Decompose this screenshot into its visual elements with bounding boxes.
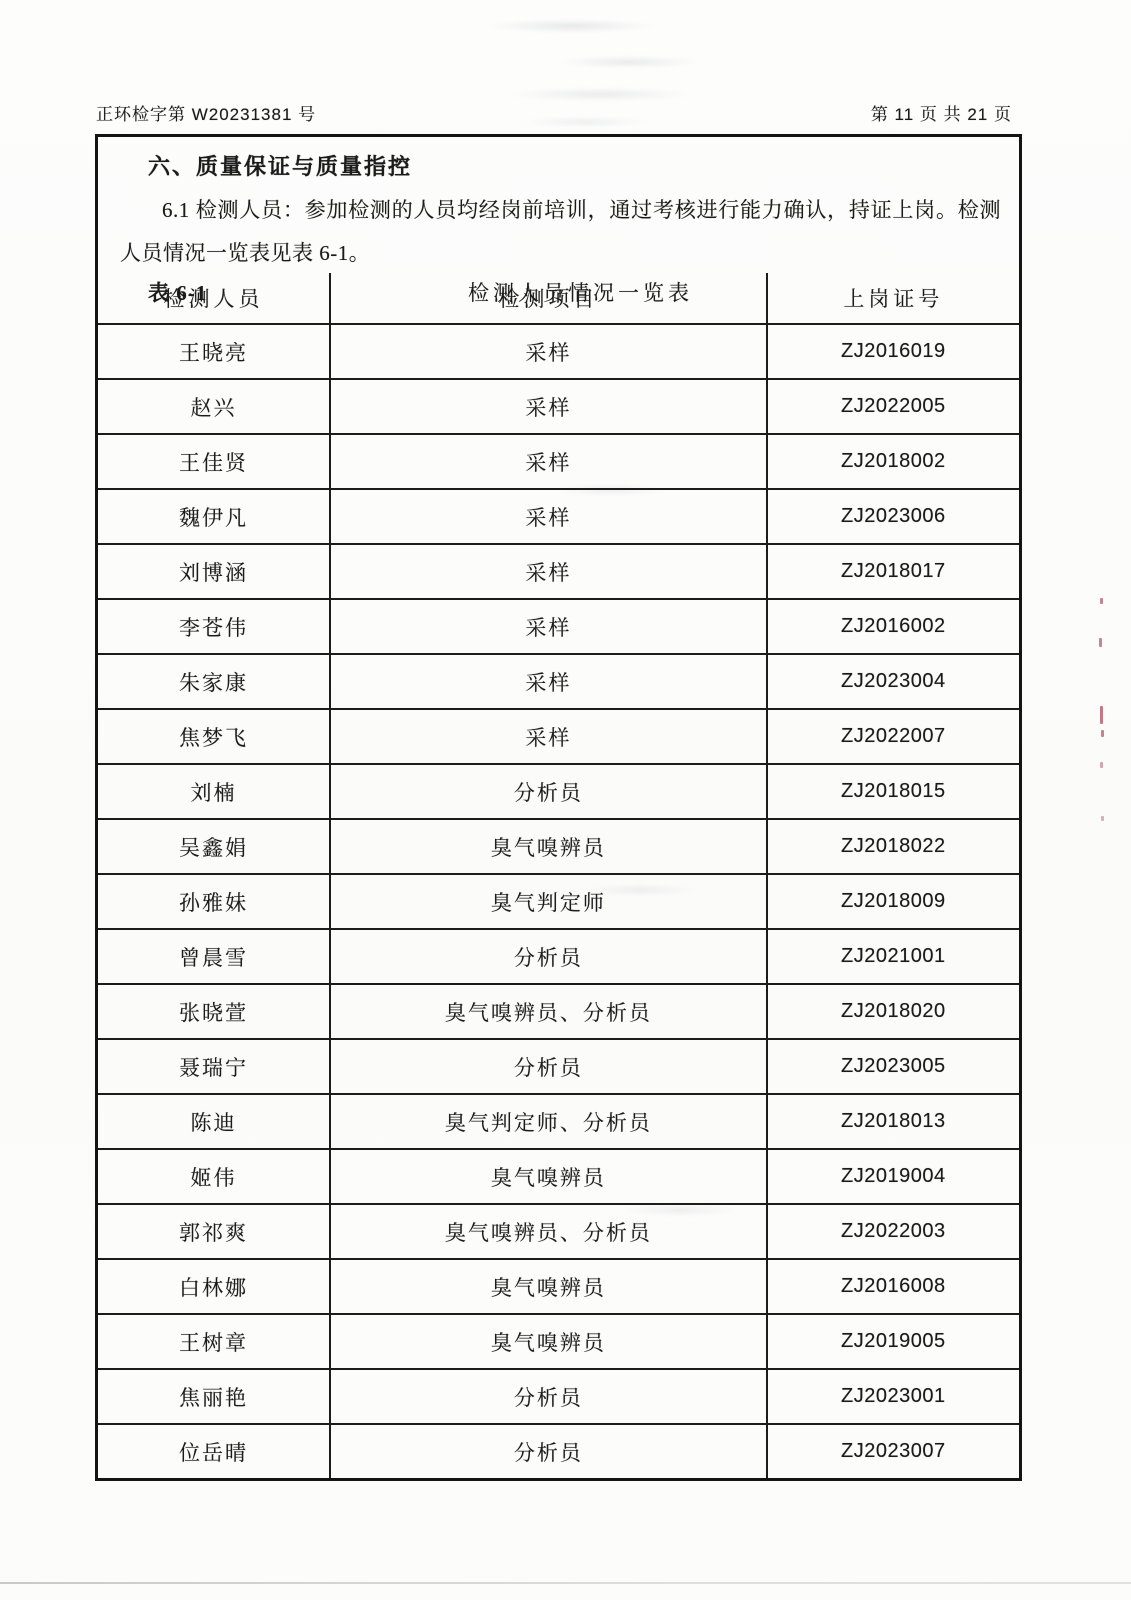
report-number: 正环检字第 W20231381 号	[96, 100, 316, 125]
person-project: 采样	[330, 599, 767, 654]
person-project: 臭气嗅辨员、分析员	[330, 1204, 767, 1259]
table-row: 王佳贤 采样 ZJ2018002	[98, 434, 1019, 489]
table-row: 魏伊凡 采样 ZJ2023006	[98, 489, 1019, 544]
person-name: 刘博涵	[98, 544, 330, 599]
section-paragraph: 6.1 检测人员：参加检测的人员均经岗前培训，通过考核进行能力确认，持证上岗。检…	[120, 189, 1001, 275]
table-row: 李苍伟 采样 ZJ2016002	[98, 599, 1019, 654]
person-cert: ZJ2018009	[767, 874, 1019, 929]
person-cert: ZJ2023006	[767, 489, 1019, 544]
page-header: 正环检字第 W20231381 号 第 11 页 共 21 页	[96, 100, 1012, 125]
person-project: 采样	[330, 544, 767, 599]
person-cert: ZJ2018015	[767, 764, 1019, 819]
person-project: 分析员	[330, 764, 767, 819]
person-project: 采样	[330, 379, 767, 434]
person-name: 王树章	[98, 1314, 330, 1369]
person-name: 郭祁爽	[98, 1204, 330, 1259]
person-name: 聂瑞宁	[98, 1039, 330, 1094]
person-cert: ZJ2018013	[767, 1094, 1019, 1149]
table-row: 吴鑫娟 臭气嗅辨员 ZJ2018022	[98, 819, 1019, 874]
red-bleed-mark	[1099, 638, 1102, 647]
person-cert: ZJ2016008	[767, 1259, 1019, 1314]
table-row: 赵兴 采样 ZJ2022005	[98, 379, 1019, 434]
person-project: 臭气嗅辨员	[330, 1314, 767, 1369]
person-project: 臭气嗅辨员	[330, 1149, 767, 1204]
table-row: 陈迪 臭气判定师、分析员 ZJ2018013	[98, 1094, 1019, 1149]
table-row: 姬伟 臭气嗅辨员 ZJ2019004	[98, 1149, 1019, 1204]
person-cert: ZJ2018022	[767, 819, 1019, 874]
table-row: 曾晨雪 分析员 ZJ2021001	[98, 929, 1019, 984]
scanned-report-page: { "header": { "left": "正环检字第 W20231381 号…	[0, 0, 1131, 1600]
section-title: 六、质量保证与质量指控	[148, 150, 412, 181]
table-row: 焦梦飞 采样 ZJ2022007	[98, 709, 1019, 764]
person-name: 赵兴	[98, 379, 330, 434]
person-name: 位岳晴	[98, 1424, 330, 1478]
person-cert: ZJ2016019	[767, 324, 1019, 379]
person-name: 魏伊凡	[98, 489, 330, 544]
red-bleed-mark	[1100, 598, 1103, 604]
person-name: 焦梦飞	[98, 709, 330, 764]
person-project: 臭气嗅辨员	[330, 1259, 767, 1314]
table-row: 位岳晴 分析员 ZJ2023007	[98, 1424, 1019, 1478]
person-name: 焦丽艳	[98, 1369, 330, 1424]
person-cert: ZJ2016002	[767, 599, 1019, 654]
table-row: 聂瑞宁 分析员 ZJ2023005	[98, 1039, 1019, 1094]
person-cert: ZJ2023004	[767, 654, 1019, 709]
red-bleed-mark	[1101, 730, 1104, 737]
table-row: 王树章 臭气嗅辨员 ZJ2019005	[98, 1314, 1019, 1369]
person-cert: ZJ2023001	[767, 1369, 1019, 1424]
person-project: 臭气判定师、分析员	[330, 1094, 767, 1149]
person-cert: ZJ2018002	[767, 434, 1019, 489]
person-cert: ZJ2019004	[767, 1149, 1019, 1204]
column-header-cert: 上岗证号	[767, 273, 1019, 324]
table-row: 刘博涵 采样 ZJ2018017	[98, 544, 1019, 599]
person-project: 采样	[330, 709, 767, 764]
person-name: 朱家康	[98, 654, 330, 709]
person-name: 姬伟	[98, 1149, 330, 1204]
red-bleed-mark	[1100, 706, 1103, 724]
person-project: 采样	[330, 434, 767, 489]
person-cert: ZJ2022005	[767, 379, 1019, 434]
person-project: 臭气判定师	[330, 874, 767, 929]
person-cert: ZJ2023005	[767, 1039, 1019, 1094]
person-project: 分析员	[330, 1039, 767, 1094]
table-row: 刘楠 分析员 ZJ2018015	[98, 764, 1019, 819]
person-name: 吴鑫娟	[98, 819, 330, 874]
person-cert: ZJ2021001	[767, 929, 1019, 984]
content-border-box: 六、质量保证与质量指控 6.1 检测人员：参加检测的人员均经岗前培训，通过考核进…	[95, 134, 1022, 1481]
person-project: 臭气嗅辨员	[330, 819, 767, 874]
person-cert: ZJ2023007	[767, 1424, 1019, 1478]
table-row: 白林娜 臭气嗅辨员 ZJ2016008	[98, 1259, 1019, 1314]
red-bleed-mark	[1101, 816, 1104, 821]
person-name: 刘楠	[98, 764, 330, 819]
table-row: 朱家康 采样 ZJ2023004	[98, 654, 1019, 709]
table-header-row: 检测人员 检测项目 上岗证号	[98, 273, 1019, 324]
table-row: 孙雅妹 臭气判定师 ZJ2018009	[98, 874, 1019, 929]
person-project: 臭气嗅辨员、分析员	[330, 984, 767, 1039]
person-name: 曾晨雪	[98, 929, 330, 984]
person-name: 陈迪	[98, 1094, 330, 1149]
person-name: 王晓亮	[98, 324, 330, 379]
table-row: 张晓萱 臭气嗅辨员、分析员 ZJ2018020	[98, 984, 1019, 1039]
personnel-table: 检测人员 检测项目 上岗证号 王晓亮 采样 ZJ2016019 赵兴 采样 ZJ…	[98, 273, 1019, 1478]
person-cert: ZJ2018017	[767, 544, 1019, 599]
person-name: 王佳贤	[98, 434, 330, 489]
person-name: 张晓萱	[98, 984, 330, 1039]
table-row: 王晓亮 采样 ZJ2016019	[98, 324, 1019, 379]
column-header-project: 检测项目	[330, 273, 767, 324]
person-project: 采样	[330, 654, 767, 709]
person-cert: ZJ2018020	[767, 984, 1019, 1039]
person-project: 采样	[330, 324, 767, 379]
scan-edge-line	[0, 1582, 1131, 1584]
person-cert: ZJ2022007	[767, 709, 1019, 764]
person-project: 分析员	[330, 1424, 767, 1478]
column-header-person: 检测人员	[98, 273, 330, 324]
red-bleed-mark	[1100, 762, 1103, 768]
personnel-table-body: 王晓亮 采样 ZJ2016019 赵兴 采样 ZJ2022005 王佳贤 采样 …	[98, 324, 1019, 1478]
person-project: 采样	[330, 489, 767, 544]
person-cert: ZJ2022003	[767, 1204, 1019, 1259]
person-cert: ZJ2019005	[767, 1314, 1019, 1369]
person-project: 分析员	[330, 1369, 767, 1424]
person-name: 李苍伟	[98, 599, 330, 654]
person-name: 白林娜	[98, 1259, 330, 1314]
table-row: 郭祁爽 臭气嗅辨员、分析员 ZJ2022003	[98, 1204, 1019, 1259]
page-indicator: 第 11 页 共 21 页	[871, 100, 1012, 125]
person-project: 分析员	[330, 929, 767, 984]
person-name: 孙雅妹	[98, 874, 330, 929]
table-row: 焦丽艳 分析员 ZJ2023001	[98, 1369, 1019, 1424]
